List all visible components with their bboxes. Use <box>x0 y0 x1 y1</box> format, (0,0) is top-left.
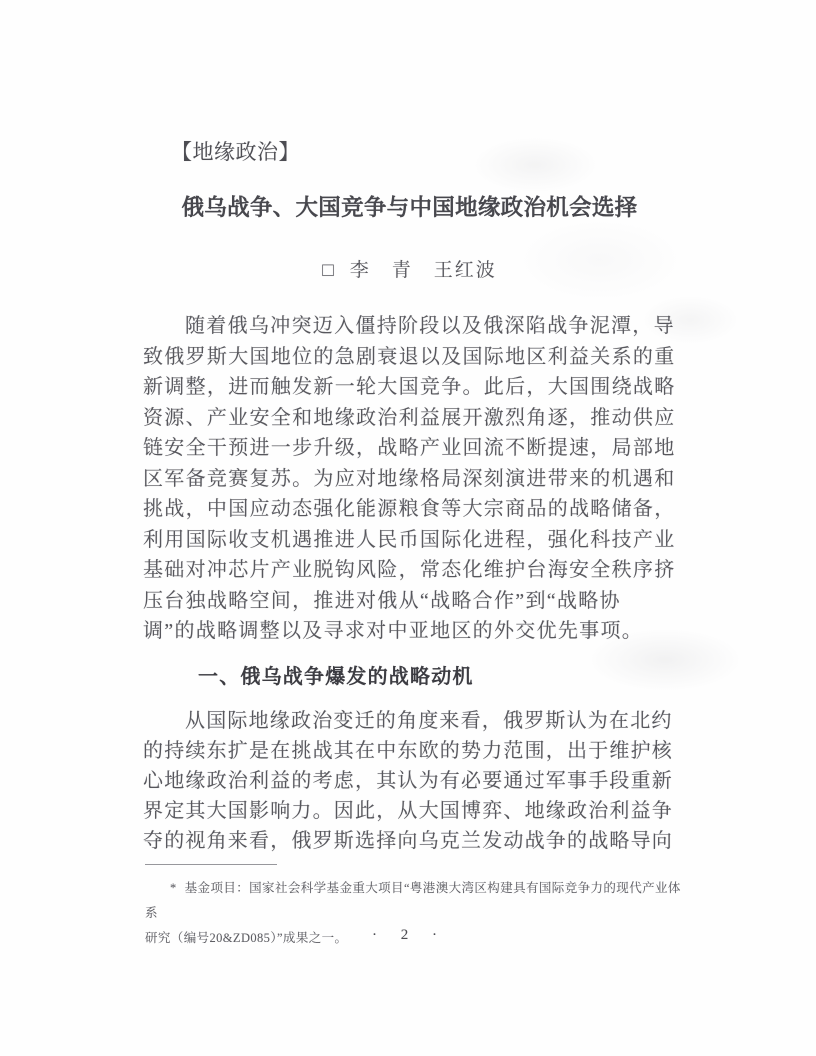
page-number: · 2 · <box>143 927 676 944</box>
category-label: 【地缘政治】 <box>171 136 300 166</box>
footnote-asterisk-marker: * <box>170 881 177 895</box>
body-paragraph: 从国际地缘政治变迁的角度来看，俄罗斯认为在北约 的持续东扩是在挑战其在中东欧的势… <box>143 706 677 856</box>
section-heading: 一、俄乌战争爆发的战略动机 <box>198 660 474 689</box>
article-title: 俄乌战争、大国竞争与中国地缘政治机会选择 <box>143 190 676 222</box>
scanned-article-page: 【地缘政治】 俄乌战争、大国竞争与中国地缘政治机会选择 □李 青 王红波 随着俄… <box>0 0 816 1056</box>
footnote-divider <box>145 864 277 865</box>
author-line: □李 青 王红波 <box>143 255 676 282</box>
author-names: 李 青 王红波 <box>350 260 497 281</box>
abstract-paragraph: 随着俄乌冲突迈入僵持阶段以及俄深陷战争泥潭，导 致俄罗斯大国地位的急剧衰退以及国… <box>143 311 677 647</box>
author-square-marker: □ <box>322 260 335 281</box>
